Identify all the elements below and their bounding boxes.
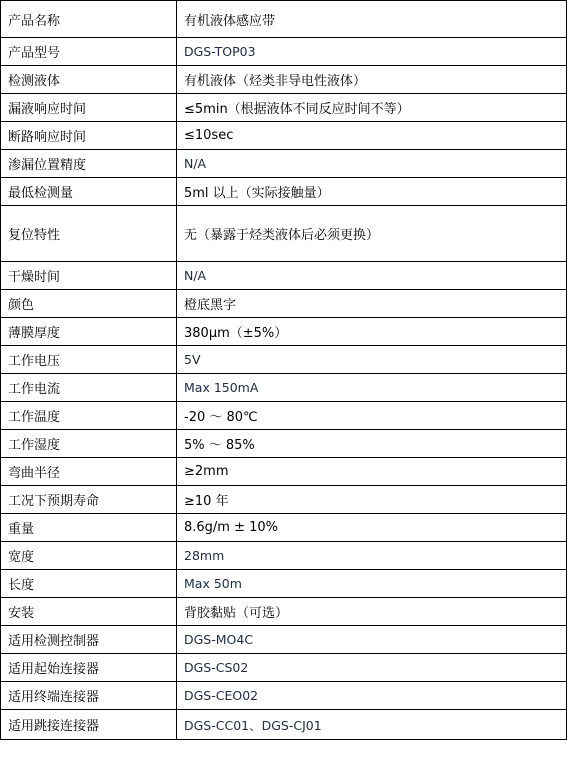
table-row: 工作电压 5V: [1, 346, 567, 374]
spec-label: 适用终端连接器: [1, 682, 177, 710]
spec-value: DGS-MO4C: [177, 626, 567, 654]
spec-value: Max 150mA: [177, 374, 567, 402]
spec-label: 工作电流: [1, 374, 177, 402]
spec-label: 适用起始连接器: [1, 654, 177, 682]
spec-value: 5ml 以上（实际接触量）: [177, 178, 567, 206]
table-row: 适用终端连接器 DGS-CEO02: [1, 682, 567, 710]
spec-label: 适用跳接连接器: [1, 710, 177, 740]
table-row: 最低检测量 5ml 以上（实际接触量）: [1, 178, 567, 206]
spec-value: 有机液体感应带: [177, 1, 567, 38]
spec-label: 适用检测控制器: [1, 626, 177, 654]
spec-value: 5V: [177, 346, 567, 374]
table-row: 适用起始连接器 DGS-CS02: [1, 654, 567, 682]
spec-value: ≤5min（根据液体不同反应时间不等）: [177, 94, 567, 122]
spec-value: ≥2mm: [177, 458, 567, 486]
table-row: 适用跳接连接器 DGS-CC01、DGS-CJ01: [1, 710, 567, 740]
spec-label: 漏液响应时间: [1, 94, 177, 122]
spec-label: 宽度: [1, 542, 177, 570]
spec-label: 安装: [1, 598, 177, 626]
table-row: 工作电流 Max 150mA: [1, 374, 567, 402]
table-row: 检测液体 有机液体（烃类非导电性液体）: [1, 66, 567, 94]
spec-label: 弯曲半径: [1, 458, 177, 486]
spec-label: 干燥时间: [1, 262, 177, 290]
spec-value: 橙底黑字: [177, 290, 567, 318]
spec-value: DGS-CC01、DGS-CJ01: [177, 710, 567, 740]
table-row: 产品型号 DGS-TOP03: [1, 38, 567, 66]
spec-label: 工作电压: [1, 346, 177, 374]
spec-value: DGS-CEO02: [177, 682, 567, 710]
spec-label: 产品型号: [1, 38, 177, 66]
table-row: 复位特性 无（暴露于烃类液体后必须更换）: [1, 206, 567, 262]
spec-value: 背胶黏贴（可选）: [177, 598, 567, 626]
spec-label: 长度: [1, 570, 177, 598]
table-row: 干燥时间 N/A: [1, 262, 567, 290]
spec-label: 断路响应时间: [1, 122, 177, 150]
spec-label: 薄膜厚度: [1, 318, 177, 346]
spec-value: DGS-TOP03: [177, 38, 567, 66]
spec-value: 28mm: [177, 542, 567, 570]
table-row: 弯曲半径 ≥2mm: [1, 458, 567, 486]
spec-label: 检测液体: [1, 66, 177, 94]
spec-value: N/A: [177, 262, 567, 290]
table-row: 长度 Max 50m: [1, 570, 567, 598]
spec-label: 复位特性: [1, 206, 177, 262]
spec-label: 工作温度: [1, 402, 177, 430]
spec-value: DGS-CS02: [177, 654, 567, 682]
table-row: 产品名称 有机液体感应带: [1, 1, 567, 38]
table-row: 渗漏位置精度 N/A: [1, 150, 567, 178]
spec-value: 5% ～ 85%: [177, 430, 567, 458]
spec-label: 产品名称: [1, 1, 177, 38]
spec-table: 产品名称 有机液体感应带 产品型号 DGS-TOP03 检测液体 有机液体（烃类…: [0, 0, 567, 740]
table-row: 断路响应时间 ≤10sec: [1, 122, 567, 150]
table-row: 安装 背胶黏贴（可选）: [1, 598, 567, 626]
table-row: 漏液响应时间 ≤5min（根据液体不同反应时间不等）: [1, 94, 567, 122]
table-row: 薄膜厚度 380μm（±5%）: [1, 318, 567, 346]
spec-value: 有机液体（烃类非导电性液体）: [177, 66, 567, 94]
table-row: 重量 8.6g/m ± 10%: [1, 514, 567, 542]
table-row: 工作温度 -20 ～ 80℃: [1, 402, 567, 430]
spec-value: ≥10 年: [177, 486, 567, 514]
spec-value: 380μm（±5%）: [177, 318, 567, 346]
table-row: 工作湿度 5% ～ 85%: [1, 430, 567, 458]
spec-label: 颜色: [1, 290, 177, 318]
table-row: 宽度 28mm: [1, 542, 567, 570]
spec-value: Max 50m: [177, 570, 567, 598]
table-row: 适用检测控制器 DGS-MO4C: [1, 626, 567, 654]
spec-value: ≤10sec: [177, 122, 567, 150]
spec-label: 重量: [1, 514, 177, 542]
spec-value: 8.6g/m ± 10%: [177, 514, 567, 542]
spec-label: 最低检测量: [1, 178, 177, 206]
spec-value: N/A: [177, 150, 567, 178]
spec-value: -20 ～ 80℃: [177, 402, 567, 430]
spec-label: 渗漏位置精度: [1, 150, 177, 178]
table-row: 颜色 橙底黑字: [1, 290, 567, 318]
spec-label: 工作湿度: [1, 430, 177, 458]
spec-value: 无（暴露于烃类液体后必须更换）: [177, 206, 567, 262]
table-row: 工况下预期寿命 ≥10 年: [1, 486, 567, 514]
spec-label: 工况下预期寿命: [1, 486, 177, 514]
